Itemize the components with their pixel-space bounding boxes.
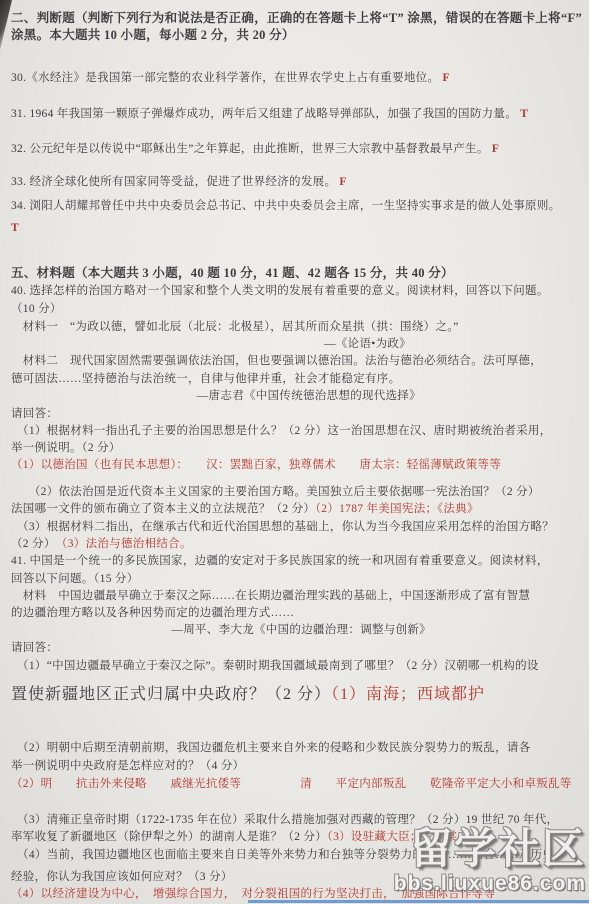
answer-prompt: 请回答：	[11, 640, 581, 657]
answer-text: T	[11, 222, 19, 234]
question-40-intro: 40. 选择怎样的治国方略对一个国家和整个人类文明的发展有着重要的意义。阅读材料…	[11, 283, 581, 300]
question-text: 经验，你认为我国应该如何应对？（3 分）	[11, 871, 233, 883]
question-text: 涂黑。本大题共 10 小题，每小题 2 分，共 20 分）	[11, 28, 295, 42]
question-30: 30.《水经注》是我国第一部完整的农业科学著作，在世界农学史上占有重要地位。 F	[11, 70, 581, 87]
question-text: 33. 经济全球化使所有国家同等受益，促进了世界经济的发展。	[11, 176, 336, 188]
question-text: （1）根据材料一指出孔子主要的治国思想是什么？（2 分）这一治国思想在汉、唐时期…	[11, 425, 552, 437]
answer-text: （1）南海；西域都护	[331, 686, 485, 703]
question-41-2: （2）明朝中后期至清朝前期，我国边疆危机主要来自外来的侵略和少数民族分裂势力的叛…	[11, 740, 581, 757]
question-41-2: 举一例说明中央政府是怎样应对的？（4 分）	[11, 758, 581, 775]
exam-document-body: 二、判断题（判断下列行为和说法是否正确，正确的在答题卡上将“T” 涂黑，错误的在…	[0, 0, 589, 903]
question-text: 率军收复了新疆地区（除伊犁之外）的湖南人是谁？（2 分）	[11, 831, 327, 843]
answer-text: （2）明 抗击外来侵略 戚继光抗倭等 清 平定内部叛乱 乾隆帝平定大小和卓叛乱等	[11, 778, 572, 790]
question-text: 请回答：	[11, 642, 58, 654]
question-40-score: （10 分）	[11, 301, 581, 318]
answer-text: （4）以经济建设为中心， 增强综合国力， 对分裂祖国的行为坚决打击， 加强国际合…	[11, 888, 495, 900]
question-40-2: （2）依法治国是近代资本主义国家的主要治国方略。美国独立后主要依据哪一宪法治国？…	[11, 484, 581, 501]
question-text: 举一例说明中央政府是怎样应对的？（4 分）	[11, 760, 244, 772]
question-text: 的边疆治理方略以及各种因势而定的边疆治理方式……	[11, 607, 294, 619]
question-text: 32. 公元纪年是以传说中“耶稣出生”之年算起，由此推断，世界三大宗教中基督教最…	[11, 143, 489, 155]
question-40-1: 举一例说明。（2 分）	[11, 440, 581, 457]
answer-text: F	[439, 72, 450, 84]
question-text: 置使新疆地区正式归属中央政府？（2 分）	[11, 686, 331, 703]
question-text: 材料 中国边疆最早确立于秦汉之际……在长期边疆治理实践的基础上，中国逐渐形成了富…	[11, 590, 530, 602]
question-text: （3）根据材料二指出，在继承古代和近代治国思想的基础上，你认为当今我国应采用怎样…	[11, 521, 554, 533]
answer-text: T	[517, 108, 528, 120]
material-2: 材料二 现代国家固然需要强调依法治国，但也要强调以德治国。法治与德治必须结合。法…	[11, 353, 581, 370]
answer-text: （3）设驻藏大臣；左宗棠	[327, 831, 457, 843]
question-41-4: （4）当前，我国边疆地区也面临主要来自日美等外来势力和台独等分裂势力的威胁……结…	[11, 847, 581, 864]
question-40-3: （2 分） （3）法治与德治相结合。	[11, 536, 581, 553]
question-41-4: 经验，你认为我国应该如何应对？（3 分）	[11, 869, 581, 886]
material-1: 材料一 “为政以德，譬如北辰（北辰：北极星），居其所而众星拱（拱：围绕）之。”	[11, 319, 581, 336]
question-41-3: （3）清雍正皇帝时期（1722-1735 年在位）采取什么措施加强对西藏的管理？…	[11, 812, 581, 829]
material-1-source: —《论语•为政》	[11, 336, 581, 353]
answer-40-1: （1）以德治国（也有民本思想）： 汉：罢黜百家，独尊儒术 唐太宗：轻徭薄赋政策等…	[11, 457, 581, 474]
material-41: 材料 中国边疆最早确立于秦汉之际……在长期边疆治理实践的基础上，中国逐渐形成了富…	[11, 588, 581, 605]
question-text: 二、判断题（判断下列行为和说法是否正确，正确的在答题卡上将“T” 涂黑，错误的在…	[11, 11, 582, 25]
answer-text: F	[336, 176, 347, 188]
question-text: 德可固法……坚持德治与法治统一，自律与他律并重，社会才能稳定有序。	[11, 373, 400, 385]
question-40-3: （3）根据材料二指出，在继承古代和近代治国思想的基础上，你认为当今我国应采用怎样…	[11, 519, 581, 536]
question-text: —唐志君《中国传统德治思想的现代选择》	[197, 390, 421, 402]
material-2-source: —唐志君《中国传统德治思想的现代选择》	[11, 388, 581, 405]
answer-text: （1）以德治国（也有民本思想）： 汉：罢黜百家，独尊儒术 唐太宗：轻徭薄赋政策等…	[11, 459, 501, 471]
question-32: 32. 公元纪年是以传说中“耶稣出生”之年算起，由此推断，世界三大宗教中基督教最…	[11, 141, 581, 158]
question-text: （10 分）	[11, 303, 62, 315]
section2-header: 二、判断题（判断下列行为和说法是否正确，正确的在答题卡上将“T” 涂黑，错误的在…	[11, 10, 581, 27]
question-text: （2）依法治国是近代资本主义国家的主要治国方略。美国独立后主要依据哪一宪法治国？…	[11, 486, 540, 498]
question-text: —《论语•为政》	[324, 338, 411, 350]
material-2: 德可固法……坚持德治与法治统一，自律与他律并重，社会才能稳定有序。	[11, 371, 581, 388]
question-text: （2）明朝中后期至清朝前期，我国边疆危机主要来自外来的侵略和少数民族分裂势力的叛…	[11, 742, 531, 754]
question-text: （3）清雍正皇帝时期（1722-1735 年在位）采取什么措施加强对西藏的管理？…	[11, 814, 558, 826]
question-text: 回答以下问题。（15 分）	[11, 573, 139, 585]
question-text: 30.《水经注》是我国第一部完整的农业科学著作，在世界农学史上占有重要地位。	[11, 72, 439, 84]
question-41-3: 率军收复了新疆地区（除伊犁之外）的湖南人是谁？（2 分）（3）设驻藏大臣；左宗棠	[11, 829, 581, 846]
question-text: 法国哪一文件的颁布确立了资本主义的立法规范？（2 分）	[11, 503, 315, 515]
section2-header: 涂黑。本大题共 10 小题，每小题 2 分，共 20 分）	[11, 27, 581, 44]
question-33: 33. 经济全球化使所有国家同等受益，促进了世界经济的发展。 F	[11, 174, 581, 191]
scanned-exam-page: 二、判断题（判断下列行为和说法是否正确，正确的在答题卡上将“T” 涂黑，错误的在…	[0, 0, 589, 904]
question-text: 材料二 现代国家固然需要强调依法治国，但也要强调以德治国。法治与德治必须结合。法…	[11, 355, 542, 367]
question-text: （2 分）	[11, 538, 50, 550]
question-text: 41. 中国是一个统一的多民族国家，边疆的安定对于多民族国家的统一和巩固有着重要…	[11, 555, 549, 567]
question-41-1: （1）“中国边疆最早确立于秦汉之际”。秦朝时期我国疆域最南到了哪里？（2 分）汉…	[11, 658, 581, 675]
question-text: （1）“中国边疆最早确立于秦汉之际”。秦朝时期我国疆域最南到了哪里？（2 分）汉…	[11, 660, 539, 672]
question-text: 31. 1964 年我国第一颗原子弹爆炸成功，两年后又组建了战略导弹部队，加强了…	[11, 108, 517, 120]
question-text: （4）当前，我国边疆地区也面临主要来自日美等外来势力和台独等分裂势力的威胁……结…	[11, 849, 554, 861]
question-34: 34. 浏阳人胡耀邦曾任中共中央委员会总书记、中共中央委员会主席，一生坚持实事求…	[11, 198, 581, 215]
section5-header: 五、材料题（本大题共 3 小题，40 题 10 分，41 题、42 题各 15 …	[11, 265, 581, 282]
material-41: 的边疆治理方略以及各种因势而定的边疆治理方式……	[11, 605, 581, 622]
question-text: 40. 选择怎样的治国方略对一个国家和整个人类文明的发展有着重要的意义。阅读材料…	[11, 285, 549, 297]
question-41-intro: 41. 中国是一个统一的多民族国家，边疆的安定对于多民族国家的统一和巩固有着重要…	[11, 553, 581, 570]
question-40-2: 法国哪一文件的颁布确立了资本主义的立法规范？（2 分）（2）1787 年美国宪法…	[11, 501, 581, 518]
answer-34: T	[11, 220, 581, 237]
material-41-source: —周平、李大龙《中国的边疆治理：调整与创新》	[11, 622, 581, 639]
question-40-1: （1）根据材料一指出孔子主要的治国思想是什么？（2 分）这一治国思想在汉、唐时期…	[11, 423, 581, 440]
answer-text: （3）法治与德治相结合。	[50, 538, 192, 550]
question-text: 五、材料题（本大题共 3 小题，40 题 10 分，41 题、42 题各 15 …	[11, 266, 454, 280]
question-text: 请回答：	[11, 408, 58, 420]
question-text: —周平、李大龙《中国的边疆治理：调整与创新》	[171, 624, 431, 636]
scan-edge-blue-line	[248, 900, 589, 903]
question-text: 举一例说明。（2 分）	[11, 442, 121, 454]
answer-text: （2）1787 年美国宪法；《法典》	[315, 503, 479, 515]
answer-prompt: 请回答：	[11, 406, 581, 423]
question-31: 31. 1964 年我国第一颗原子弹爆炸成功，两年后又组建了战略导弹部队，加强了…	[11, 106, 581, 123]
question-text: 材料一 “为政以德，譬如北辰（北辰：北极星），居其所而众星拱（拱：围绕）之。”	[11, 321, 459, 333]
question-41-intro: 回答以下问题。（15 分）	[11, 571, 581, 588]
question-text: 34. 浏阳人胡耀邦曾任中共中央委员会总书记、中共中央委员会主席，一生坚持实事求…	[11, 200, 560, 212]
answer-41-2: （2）明 抗击外来侵略 戚继光抗倭等 清 平定内部叛乱 乾隆帝平定大小和卓叛乱等	[11, 776, 581, 793]
answer-text: F	[489, 143, 500, 155]
question-41-1: 置使新疆地区正式归属中央政府？（2 分）（1）南海；西域都护	[11, 683, 581, 707]
